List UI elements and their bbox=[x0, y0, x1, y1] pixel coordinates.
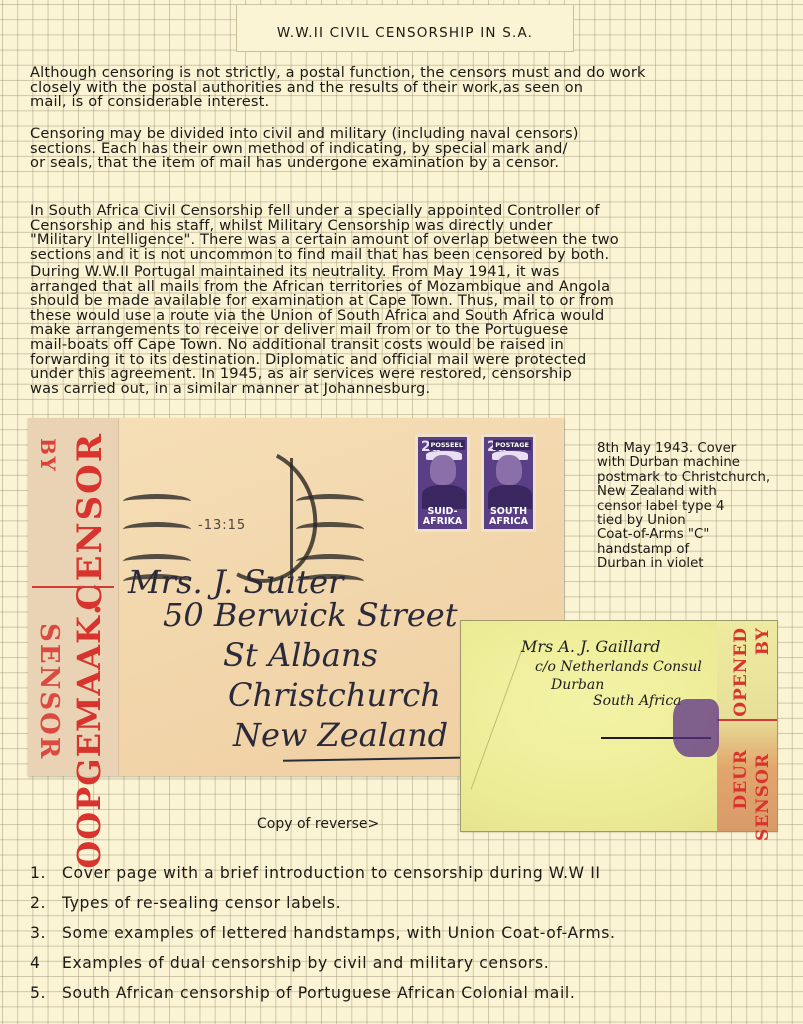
back-address-line: South Africa bbox=[593, 693, 682, 709]
cover-caption: 8th May 1943. Cover with Durban machine … bbox=[597, 442, 797, 572]
back-address-line: Mrs A. J. Gaillard bbox=[521, 637, 661, 656]
opened-by-censor-label: OPENED BY DEUR SENSOR bbox=[717, 621, 777, 831]
south-africa-paragraph: In South Africa Civil Censorship fell un… bbox=[30, 204, 785, 262]
address-line: New Zealand bbox=[233, 716, 448, 754]
censor-faint-top: BY bbox=[36, 438, 60, 473]
postmark-line bbox=[290, 458, 293, 578]
list-item: 3.Some examples of lettered handstamps, … bbox=[30, 918, 790, 948]
sailor-portrait-icon bbox=[430, 455, 456, 485]
stamp-suid-afrika: 2d POSSEEL SUID- AFRIKA bbox=[415, 434, 470, 532]
civil-military-paragraph: Censoring may be divided into civil and … bbox=[30, 127, 785, 171]
address-line: 50 Berwick Street bbox=[163, 596, 458, 634]
title-box: W.W.II CIVIL CENSORSHIP IN S.A. bbox=[236, 5, 574, 52]
postmark-time: -13:15 bbox=[198, 518, 246, 533]
portugal-paragraph: During W.W.II Portugal maintained its ne… bbox=[30, 265, 785, 396]
intro-paragraph: Although censoring is not strictly, a po… bbox=[30, 66, 785, 110]
stamp-south-africa: 2d POSTAGE SOUTH AFRICA bbox=[481, 434, 536, 532]
reverse-label: Copy of reverse> bbox=[257, 816, 379, 832]
cancel-wave bbox=[123, 522, 191, 537]
list-item: 4Examples of dual censorship by civil an… bbox=[30, 948, 790, 978]
address-underline bbox=[283, 756, 483, 761]
censor-divider bbox=[32, 586, 114, 588]
censor-text: CENSOR bbox=[70, 432, 110, 610]
address-line: St Albans bbox=[223, 636, 378, 674]
back-address-line: Durban bbox=[551, 677, 604, 693]
coat-of-arms-handstamp-icon bbox=[673, 699, 719, 757]
back-address-line: c/o Netherlands Consul bbox=[535, 659, 702, 675]
list-item: 5.South African censorship of Portuguese… bbox=[30, 978, 790, 1008]
oopgemaak-text: OOPGEMAAK. bbox=[70, 603, 108, 869]
address-line: Christchurch bbox=[228, 676, 441, 714]
sailor-portrait-icon bbox=[496, 455, 522, 485]
page-title: W.W.II CIVIL CENSORSHIP IN S.A. bbox=[237, 25, 573, 41]
reverse-cover-image: Mrs A. J. Gaillard c/o Netherlands Consu… bbox=[461, 621, 777, 831]
list-item: 2.Types of re-sealing censor labels. bbox=[30, 888, 790, 918]
censor-faint-bottom: SENSOR bbox=[34, 623, 64, 760]
cancel-wave bbox=[123, 494, 191, 509]
contents-list: 1.Cover page with a brief introduction t… bbox=[30, 858, 790, 1008]
list-item: 1.Cover page with a brief introduction t… bbox=[30, 858, 790, 888]
censor-label: BY CENSOR SENSOR OOPGEMAAK. bbox=[28, 418, 119, 776]
